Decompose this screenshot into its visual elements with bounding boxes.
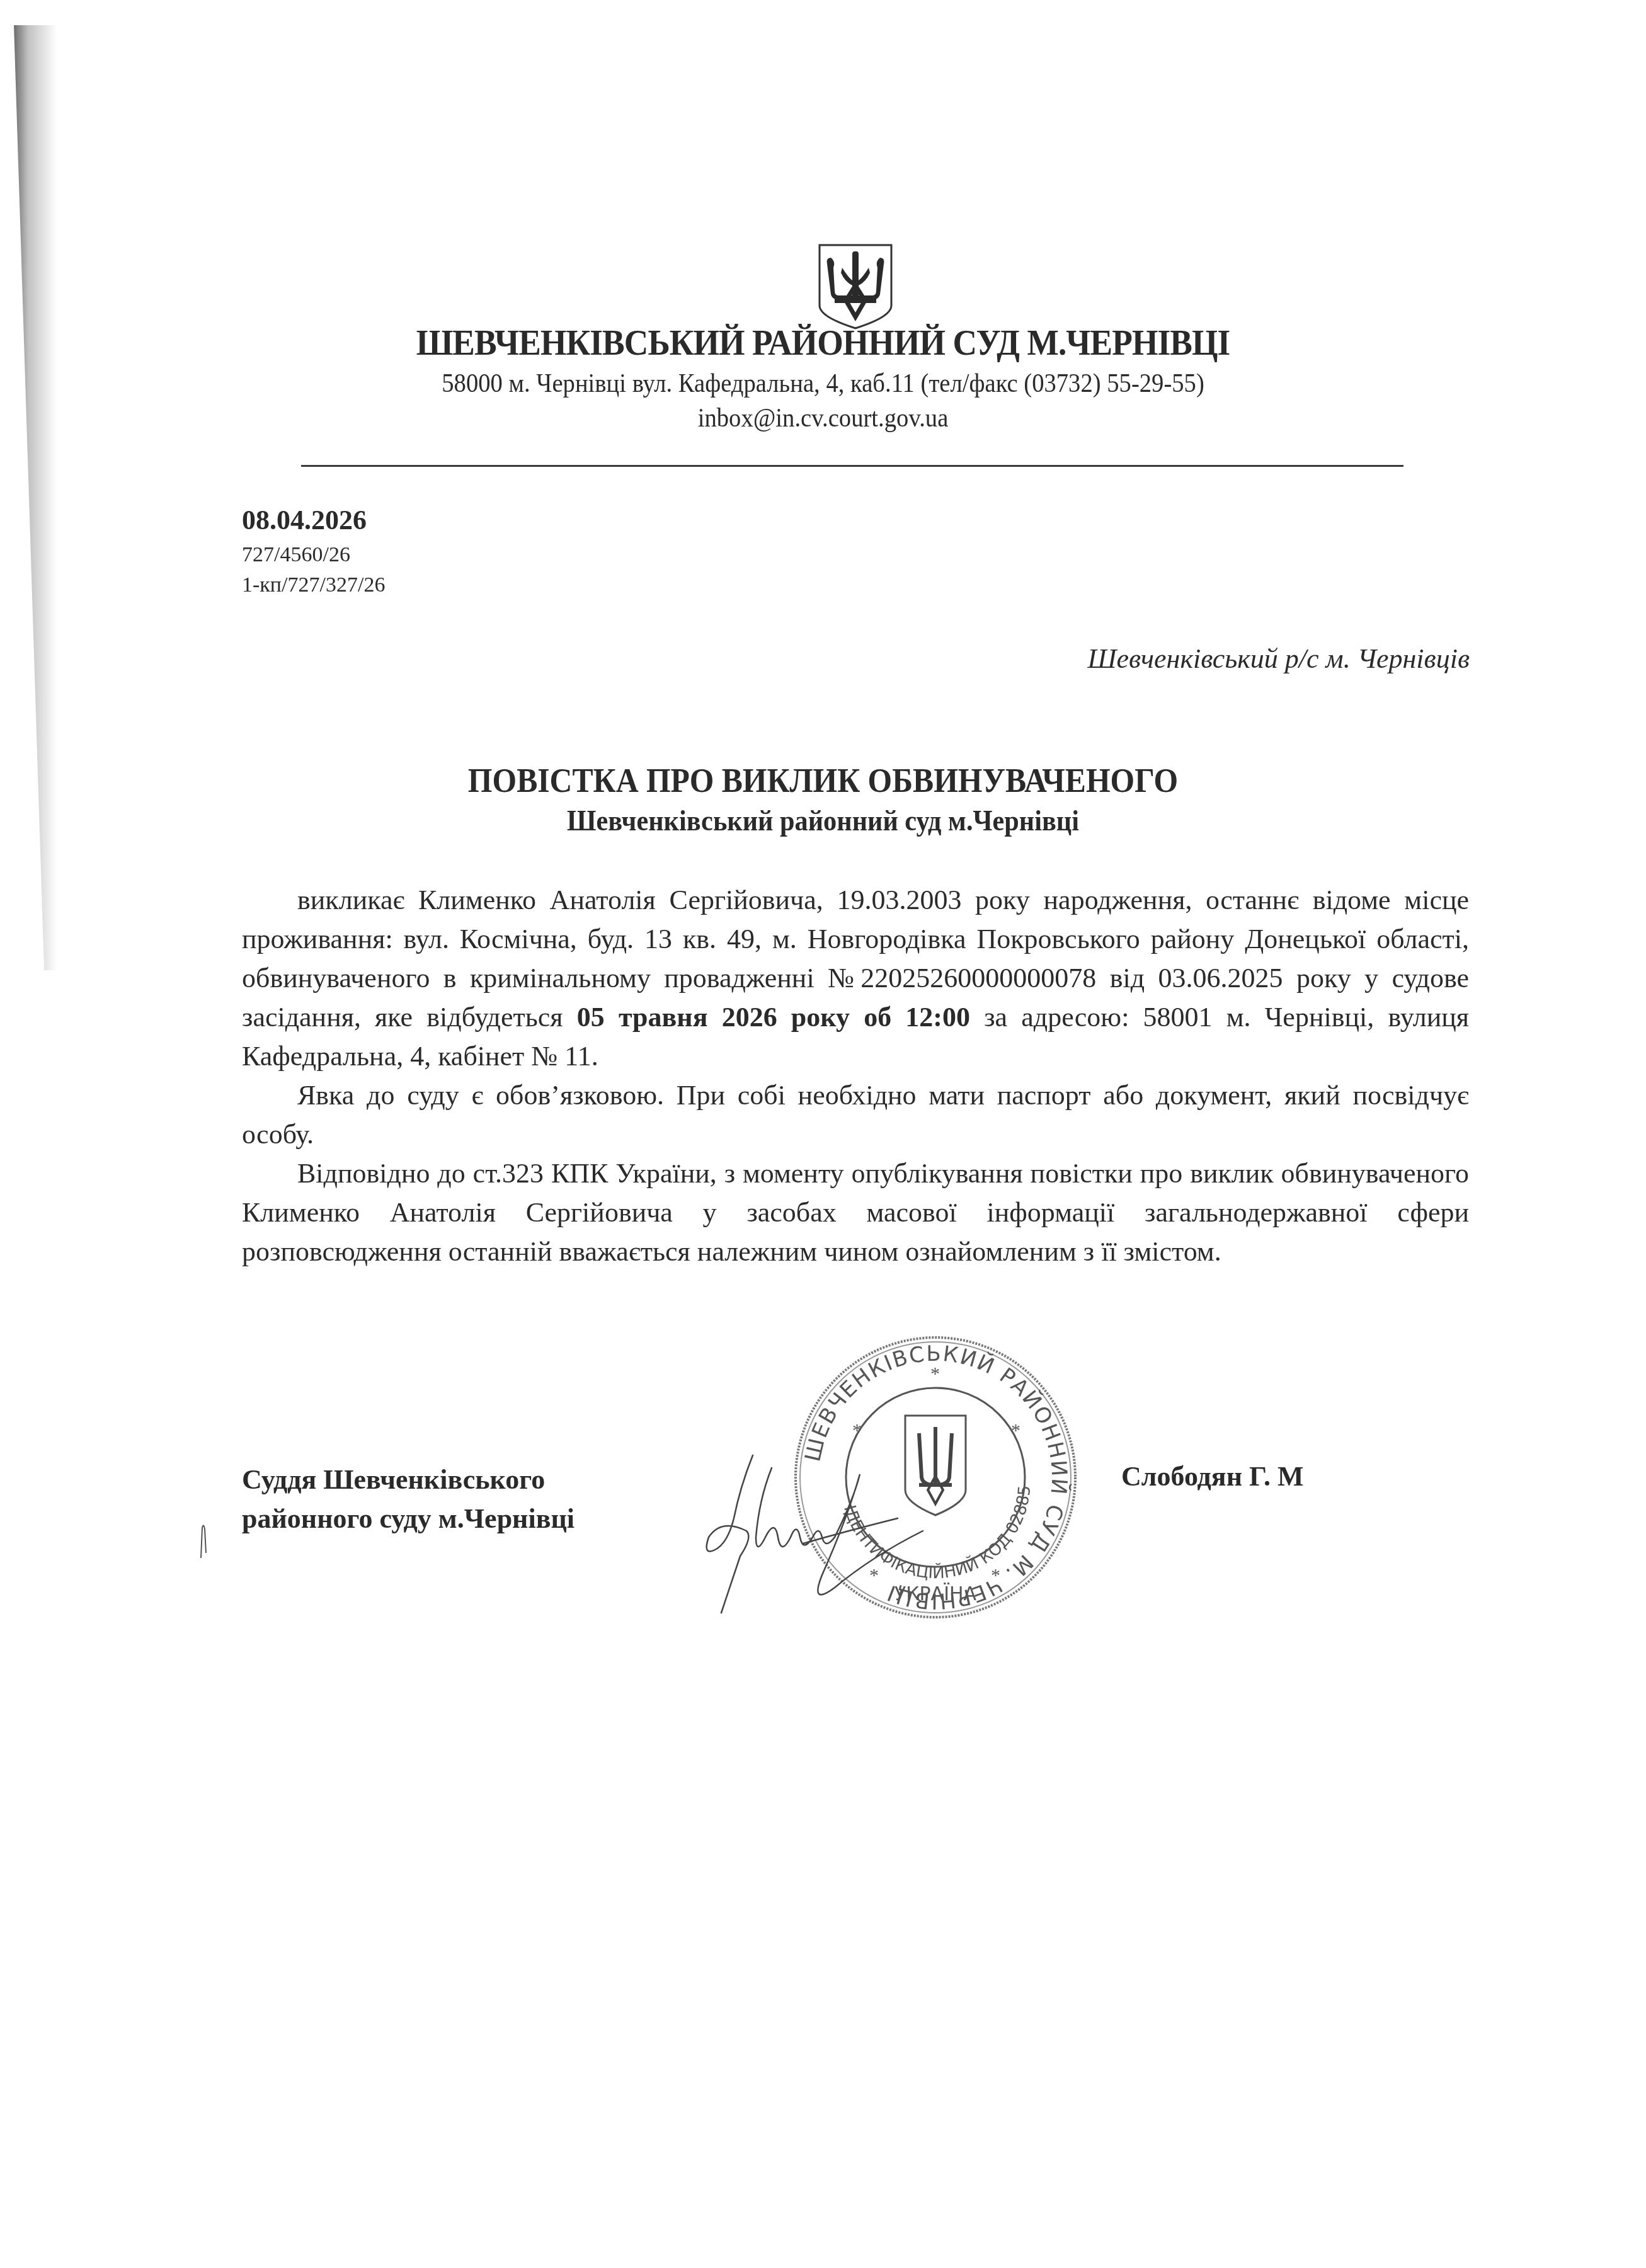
hearing-datetime: 05 травня 2026 року об 12:00 [577,1002,970,1033]
judge-title-line2: районного суду м.Чернівці [242,1499,574,1538]
judge-title-line1: Суддя Шевченківського [242,1460,574,1499]
svg-text:*: * [930,1363,940,1384]
paragraph-attendance: Явка до суду є обов’язковою. При собі не… [242,1076,1469,1154]
court-email: inbox@in.cv.court.gov.ua [66,403,1580,433]
judge-signature [696,1449,935,1619]
case-number: 1-кп/727/327/26 [242,573,385,597]
judge-title: Суддя Шевченківського районного суду м.Ч… [242,1460,574,1538]
svg-text:*: * [1011,1420,1020,1441]
document-subtitle: Шевченківський районний суд м.Чернівці [66,804,1580,837]
scan-shadow-edge [0,25,57,970]
recipient: Шевченківський р/с м. Чернівців [1088,643,1470,675]
document-title: ПОВІСТКА ПРО ВИКЛИК ОБВИНУВАЧЕНОГО [66,761,1580,800]
court-name: ШЕВЧЕНКІВСЬКИЙ РАЙОННИЙ СУД М.ЧЕРНІВЦІ [66,321,1580,364]
court-address: 58000 м. Чернівці вул. Кафедральна, 4, к… [66,369,1580,399]
paragraph-summons: викликає Клименко Анатолія Сергійовича, … [242,881,1469,1076]
document-body: викликає Клименко Анатолія Сергійовича, … [242,881,1469,1271]
svg-text:*: * [852,1420,862,1441]
paragraph-legal-notice: Відповідно до ст.323 КПК України, з моме… [242,1154,1469,1271]
letterhead-divider [301,465,1403,467]
svg-text:*: * [991,1565,1000,1586]
document-date: 08.04.2026 [242,504,367,536]
judge-name: Слободян Г. М [1121,1460,1304,1492]
reference-number: 727/4560/26 [242,543,350,567]
margin-pen-mark [197,1521,210,1559]
coat-of-arms-icon [817,243,894,331]
